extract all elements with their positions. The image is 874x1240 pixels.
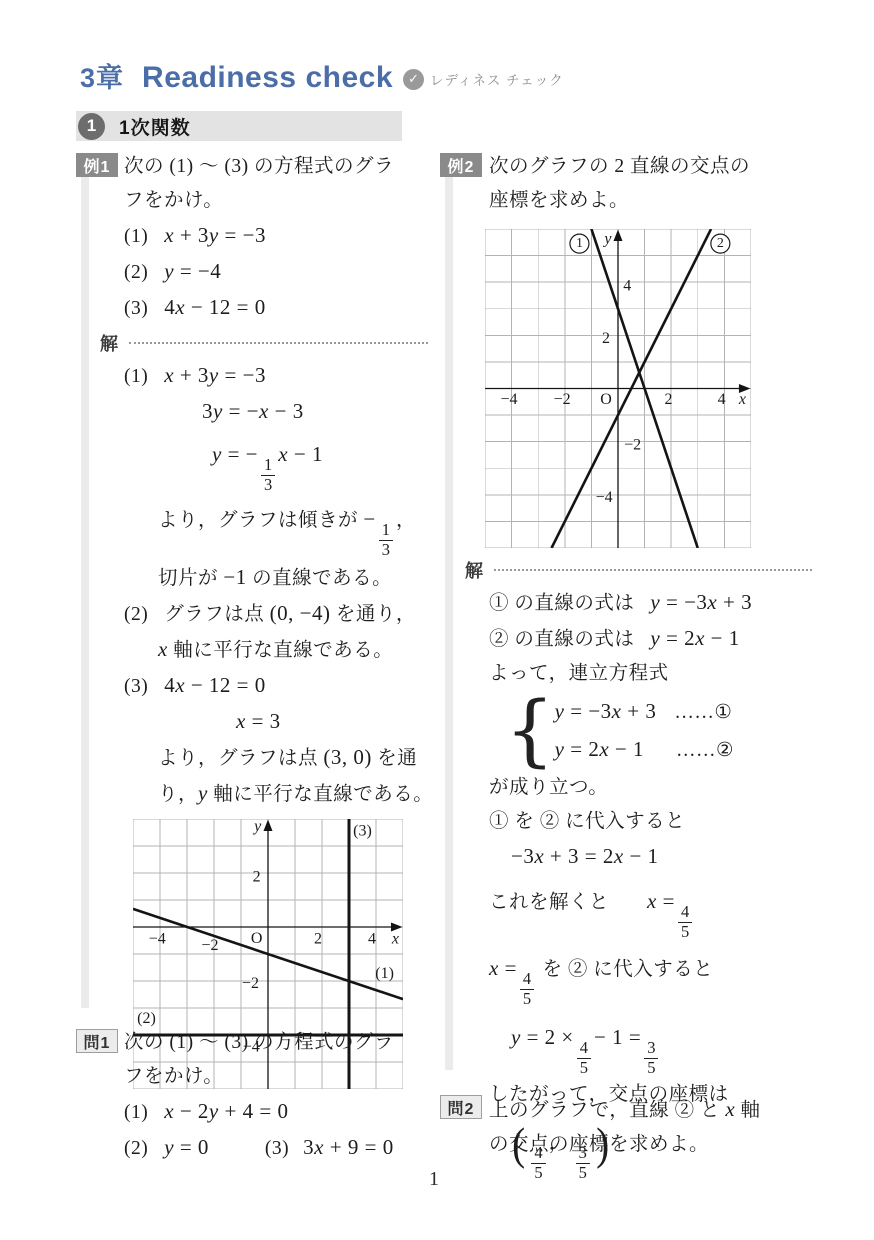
text-segment: (2) [124,1138,148,1159]
section-number-badge: 1 [78,113,105,140]
graph-label: −4 [596,489,613,506]
solution-line: y = −13x − 1 [212,430,428,495]
example1-prompt-line1: 次の (1) ～ (3) の方程式のグラ [124,150,428,184]
solution-line: 3y = −x − 3 [202,394,428,430]
example2-prompt-line1: 次のグラフの 2 直線の交点の [489,150,812,184]
math-segment: −3x + 3 = 2x − 1 [511,844,659,868]
math-segment: 3y = −x − 3 [202,399,304,423]
equation-system: { y = −3x + 3……① y = 2x − 1……② [505,693,812,769]
math-segment: 4x − 12 = 0 [164,673,266,697]
graph-label: −2 [624,436,641,453]
math-segment: x [725,1097,735,1121]
math-segment: − [363,507,375,531]
graph-label: (1) [375,965,394,982]
question1-items23: (2)y = 0(3)3x + 9 = 0 [124,1130,428,1166]
graph-label: 2 [602,330,610,347]
text-segment: ……① [674,702,732,723]
example1-item3: (3)4x − 12 = 0 [124,290,428,326]
example1-block: 例1 次の (1) ～ (3) の方程式のグラ フをかけ。 (1)x + 3y … [76,150,428,1094]
graph-label: y [252,819,262,835]
graph-label: −4 [149,931,166,948]
text-segment: を通 [372,748,417,769]
text-segment: より，グラフは点 [158,748,323,769]
text-segment: ， [396,510,416,531]
text-segment: の交点の座標を求めよ。 [489,1134,709,1155]
solution-line: ① の直線の式はy = −3x + 3 [489,585,812,621]
text-segment: ① を ② に代入すると [489,811,685,832]
text-segment: を ② に代入すると [537,959,713,980]
question2-line1: 上のグラフで，直線 ② と x 軸 [489,1092,812,1128]
example2-badge: 例2 [440,153,482,177]
math-segment: 3x + 9 = 0 [303,1135,394,1159]
solution-label: 解 [100,330,119,356]
fraction: 45 [520,970,534,1009]
y-axis-arrow [264,819,273,831]
fraction: 13 [379,521,393,560]
solution-line: y = 2 ×45− 1 =35 [511,1009,812,1078]
fraction: 45 [678,903,692,942]
text-segment: (1) [124,226,148,247]
text-segment: よって，連立方程式 [489,663,669,684]
example1-solution-header: 解 [100,330,428,356]
question1-block: 問1 次の (1) ～ (3) の方程式のグラ フをかけ。 (1)x − 2y … [76,1026,428,1166]
section-title: 1次関数 [119,113,191,140]
graph-label: 2 [665,391,673,408]
math-segment: − 1 = [594,1025,641,1049]
math-segment: y = 2x − 1 [650,626,739,650]
math-segment: x + 3y = −3 [164,363,266,387]
question1-prompt-line2: フをかけ。 [124,1060,428,1094]
example2-prompt-line2: 座標を求めよ。 [489,184,812,218]
math-segment: y = 0 [164,1135,209,1159]
page-subtitle: レディネス チェック [430,69,564,89]
graph-label: −4 [501,391,518,408]
text-segment: 切片が [158,568,223,589]
system-equation1: y = −3x + 3……① [555,693,734,731]
example2-graph: yxO−4−22442−2−412 [485,229,812,553]
text-segment: (3) [265,1138,289,1159]
line-number-label: 1 [576,236,583,251]
math-segment: x + 3y = −3 [164,223,266,247]
math-segment: −1 [223,565,246,589]
math-segment: x − 1 [278,442,323,466]
solution-line: より，グラフは傾きが −13， [158,495,428,560]
math-segment: (0, −4) [270,601,331,625]
example1-prompt-line2: フをかけ。 [124,184,428,218]
example1-item2: (2)y = −4 [124,254,428,290]
solution-label: 解 [465,557,484,583]
math-segment: x − 2y + 4 = 0 [164,1099,288,1123]
text-segment: グラフは点 [164,604,269,625]
example1-item1: (1)x + 3y = −3 [124,218,428,254]
question2-badge: 問2 [440,1095,482,1119]
example2-solution-header: 解 [465,557,812,583]
solution-line: が成り立つ。 [489,771,812,805]
math-segment: y = −3x + 3 [650,590,752,614]
solution-line: x =45 を ② に代入すると [489,942,812,1009]
text-segment: ……② [676,740,734,761]
page-header: 3章 Readiness check ✓ レディネス チェック [80,56,564,95]
line-number-label: 2 [717,236,724,251]
text-segment: より，グラフは傾きが [158,510,363,531]
question1-prompt-line1: 次の (1) ～ (3) の方程式のグラ [124,1026,428,1060]
math-segment: y = −4 [164,259,221,283]
text-segment: (3) [124,298,148,319]
math-segment: y = 2 × [511,1025,574,1049]
math-segment: 4x − 12 = 0 [164,295,266,319]
math-segment: x [158,637,168,661]
solution-line: −3x + 3 = 2x − 1 [511,839,812,875]
system-equation2: y = 2x − 1……② [555,731,734,769]
fraction: 45 [577,1039,591,1078]
coordinate-grid: yxO−4−22442−2−412 [485,229,751,548]
solution-line: より，グラフは点 (3, 0) を通 [158,740,428,776]
solution-line: (2)グラフは点 (0, −4) を通り， [124,596,428,632]
math-segment: y = −3x + 3 [555,699,657,723]
graph-label: 4 [718,391,726,408]
example2-block: 例2 次のグラフの 2 直線の交点の 座標を求めよ。 yxO−4−22442−2… [440,150,812,1183]
text-segment: 上のグラフで，直線 ② と [489,1100,725,1121]
math-segment: (3, 0) [323,745,372,769]
solution-line: (3)4x − 12 = 0 [124,668,428,704]
question2-block: 問2 上のグラフで，直線 ② と x 軸 の交点の座標を求めよ。 [440,1092,812,1162]
graph-label: O [251,930,263,947]
math-segment: y [198,781,208,805]
example1-badge: 例1 [76,153,118,177]
graph-label: −2 [554,391,571,408]
check-icon: ✓ [403,69,424,90]
page-title: Readiness check [142,61,393,95]
solution-line: これを解くとx =45 [489,875,812,942]
solution-line: ② の直線の式はy = 2x − 1 [489,621,812,657]
text-segment: 軸に平行な直線である。 [168,640,393,661]
text-segment: これを解くと [489,892,609,913]
solution-line: 切片が −1 の直線である。 [158,560,428,596]
graph-label: 4 [368,931,376,948]
graph-label: 2 [314,931,322,948]
textbook-page: 3章 Readiness check ✓ レディネス チェック 1 1次関数 例… [0,0,874,1240]
solution-line: ① を ② に代入すると [489,805,812,839]
text-segment: ② の直線の式は [489,629,634,650]
text-segment: (2) [124,262,148,283]
page-number: 1 [404,1168,464,1191]
math-segment: x = 3 [236,709,281,733]
graph-label: y [602,231,612,248]
text-segment: を通り， [330,604,415,625]
text-segment: (1) [124,366,148,387]
question2-line2: の交点の座標を求めよ。 [489,1128,812,1162]
text-segment: (3) [124,676,148,697]
graph-label: 4 [623,278,631,295]
fraction: 13 [261,456,275,495]
y-axis-arrow [614,229,623,240]
fraction: 35 [644,1039,658,1078]
graph-label: x [391,931,399,948]
graph-label: O [600,391,612,408]
graph-label: (3) [353,823,372,840]
graph-label: −2 [201,937,218,954]
graph-label: 2 [253,868,261,885]
dotted-rule [494,569,812,571]
text-segment: り， [158,784,198,805]
text-segment: 軸 [735,1100,760,1121]
graph-label: (2) [137,1010,156,1027]
text-segment: (1) [124,1102,148,1123]
dotted-rule [129,342,428,344]
solution-line: (1)x + 3y = −3 [124,358,428,394]
text-segment: の直線である。 [247,568,392,589]
math-segment: y = − [212,442,258,466]
text-segment: が成り立つ。 [489,777,608,798]
section-header: 1 1次関数 [76,111,402,141]
text-segment: ① の直線の式は [489,593,634,614]
math-segment: x = [489,956,517,980]
system-brace: { [505,696,555,766]
solution-line: り，y 軸に平行な直線である。 [158,776,428,812]
graph-label: −2 [242,975,259,992]
chapter-label: 3章 [80,56,124,95]
question1-item1: (1)x − 2y + 4 = 0 [124,1094,428,1130]
text-segment: 軸に平行な直線である。 [208,784,433,805]
math-segment: x = [647,889,675,913]
system-rows: y = −3x + 3……① y = 2x − 1……② [555,693,734,769]
math-segment: y = 2x − 1 [555,737,644,761]
text-segment: (2) [124,604,148,625]
solution-line: x = 3 [236,704,428,740]
solution-line: x 軸に平行な直線である。 [158,632,428,668]
question1-badge: 問1 [76,1029,118,1053]
graph-label: x [738,391,746,408]
